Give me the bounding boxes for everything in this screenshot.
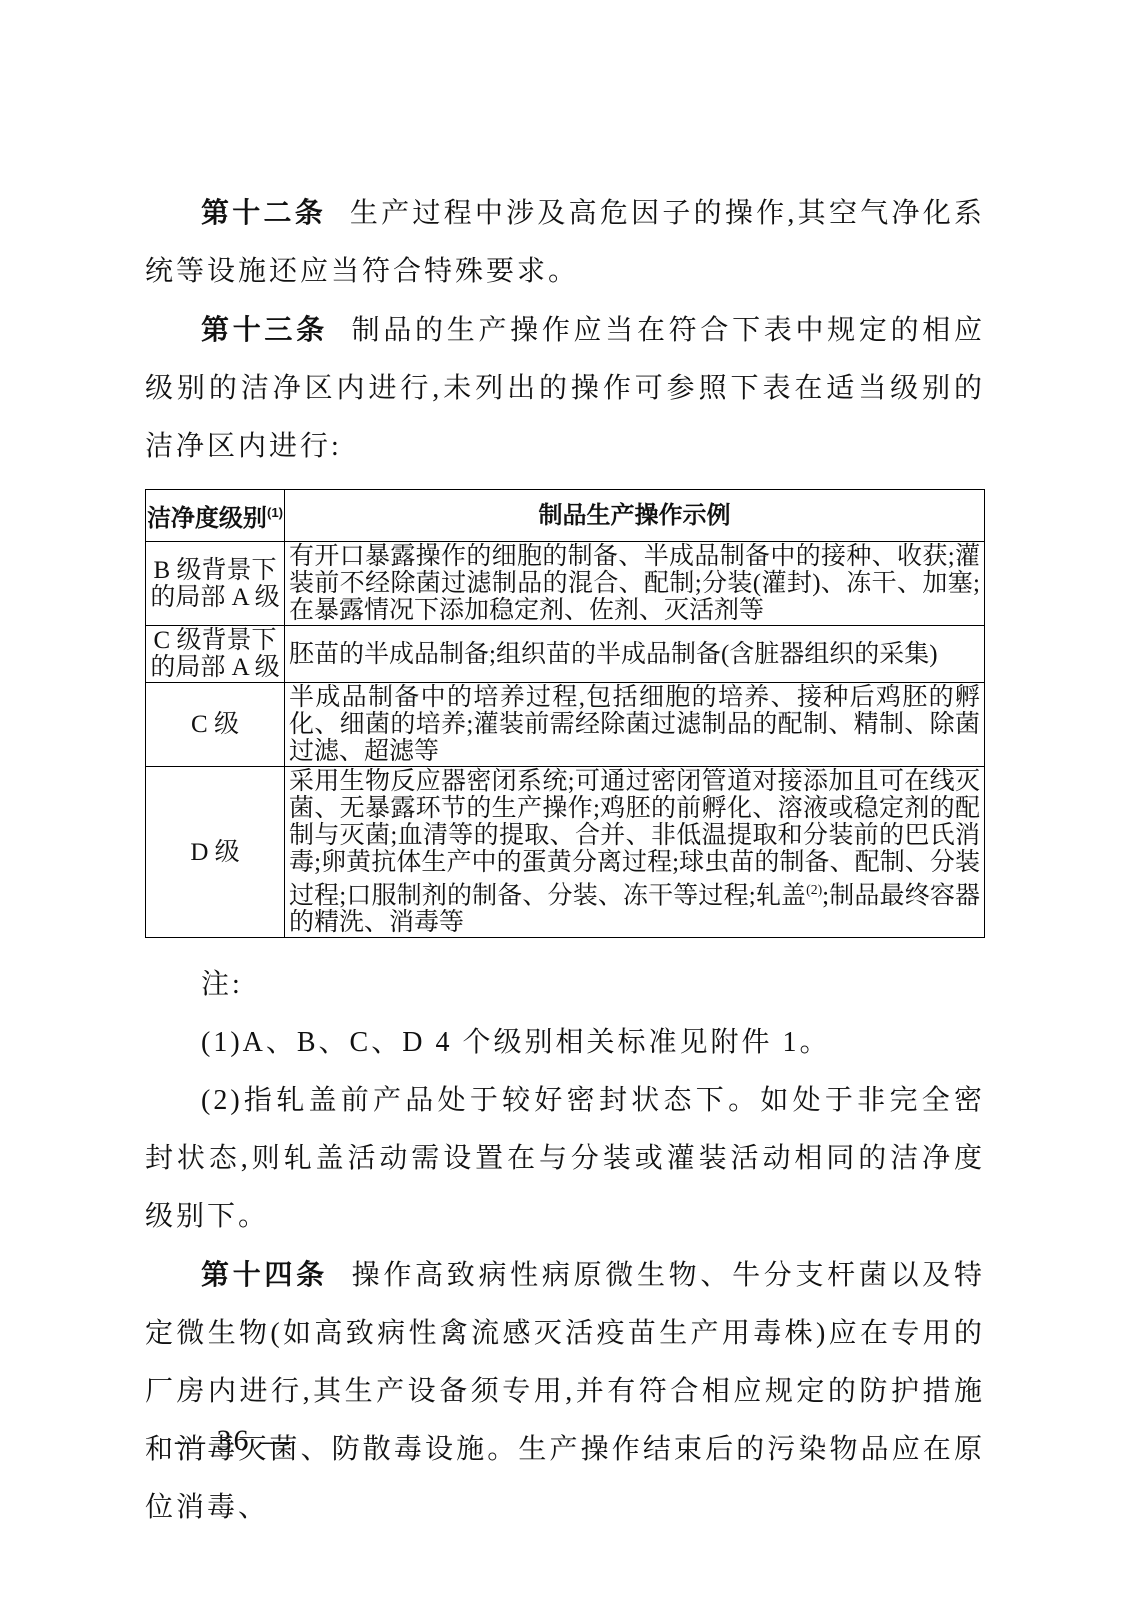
examples-cell-c: 半成品制备中的培养过程,包括细胞的培养、接种后鸡胚的孵化、细菌的培养;灌装前需经… xyxy=(285,683,985,767)
article-13-paragraph: 第十三条制品的生产操作应当在符合下表中规定的相应级别的洁净区内进行,未列出的操作… xyxy=(145,301,985,476)
article-13-heading: 第十三条 xyxy=(201,314,328,345)
examples-cell-b-bg-a: 有开口暴露操作的细胞的制备、半成品制备中的接种、收获;灌装前不经除菌过滤制品的混… xyxy=(285,542,985,626)
level-cell-c-bg-a: C 级背景下的局部 A 级 xyxy=(146,626,285,683)
table-header-cleanliness-level: 洁净度级别(1) xyxy=(146,490,285,542)
note-item-2: (2)指轧盖前产品处于较好密封状态下。如处于非完全密封状态,则轧盖活动需设置在与… xyxy=(145,1072,985,1246)
article-12-heading: 第十二条 xyxy=(201,197,326,228)
table-row: C 级背景下的局部 A 级 胚苗的半成品制备;组织苗的半成品制备(含脏器组织的采… xyxy=(146,626,985,683)
article-14-paragraph: 第十四条操作高致病性病原微生物、牛分支杆菌以及特定微生物(如高致病性禽流感灭活疫… xyxy=(145,1246,985,1537)
table-row: D 级 采用生物反应器密闭系统;可通过密闭管道对接添加且可在线灭菌、无暴露环节的… xyxy=(146,767,985,938)
cleanliness-level-table: 洁净度级别(1) 制品生产操作示例 B 级背景下的局部 A 级 有开口暴露操作的… xyxy=(145,489,985,938)
notes-block: 注: (1)A、B、C、D 4 个级别相关标准见附件 1。 (2)指轧盖前产品处… xyxy=(145,956,985,1246)
examples-d-superscript: (2) xyxy=(806,882,822,897)
table-header-level-label: 洁净度级别 xyxy=(147,505,267,532)
table-header-level-superscript: (1) xyxy=(267,505,283,520)
page-number: — 36 — xyxy=(175,1424,292,1458)
examples-cell-c-bg-a: 胚苗的半成品制备;组织苗的半成品制备(含脏器组织的采集) xyxy=(285,626,985,683)
level-cell-c: C 级 xyxy=(146,683,285,767)
table-header-examples: 制品生产操作示例 xyxy=(285,490,985,542)
article-14-text: 操作高致病性病原微生物、牛分支杆菌以及特定微生物(如高致病性禽流感灭活疫苗生产用… xyxy=(145,1260,985,1523)
note-item-1: (1)A、B、C、D 4 个级别相关标准见附件 1。 xyxy=(145,1014,985,1072)
article-12-paragraph: 第十二条生产过程中涉及高危因子的操作,其空气净化系统等设施还应当符合特殊要求。 xyxy=(145,184,985,301)
table-row: C 级 半成品制备中的培养过程,包括细胞的培养、接种后鸡胚的孵化、细菌的培养;灌… xyxy=(146,683,985,767)
document-page: 第十二条生产过程中涉及高危因子的操作,其空气净化系统等设施还应当符合特殊要求。 … xyxy=(0,0,1131,1600)
table-header-row: 洁净度级别(1) 制品生产操作示例 xyxy=(146,490,985,542)
article-14-heading: 第十四条 xyxy=(201,1259,328,1290)
level-cell-d: D 级 xyxy=(146,767,285,938)
page-content: 第十二条生产过程中涉及高危因子的操作,其空气净化系统等设施还应当符合特殊要求。 … xyxy=(145,184,985,1537)
notes-label: 注: xyxy=(145,956,985,1014)
examples-cell-d: 采用生物反应器密闭系统;可通过密闭管道对接添加且可在线灭菌、无暴露环节的生产操作… xyxy=(285,767,985,938)
table-row: B 级背景下的局部 A 级 有开口暴露操作的细胞的制备、半成品制备中的接种、收获… xyxy=(146,542,985,626)
level-cell-b-bg-a: B 级背景下的局部 A 级 xyxy=(146,542,285,626)
